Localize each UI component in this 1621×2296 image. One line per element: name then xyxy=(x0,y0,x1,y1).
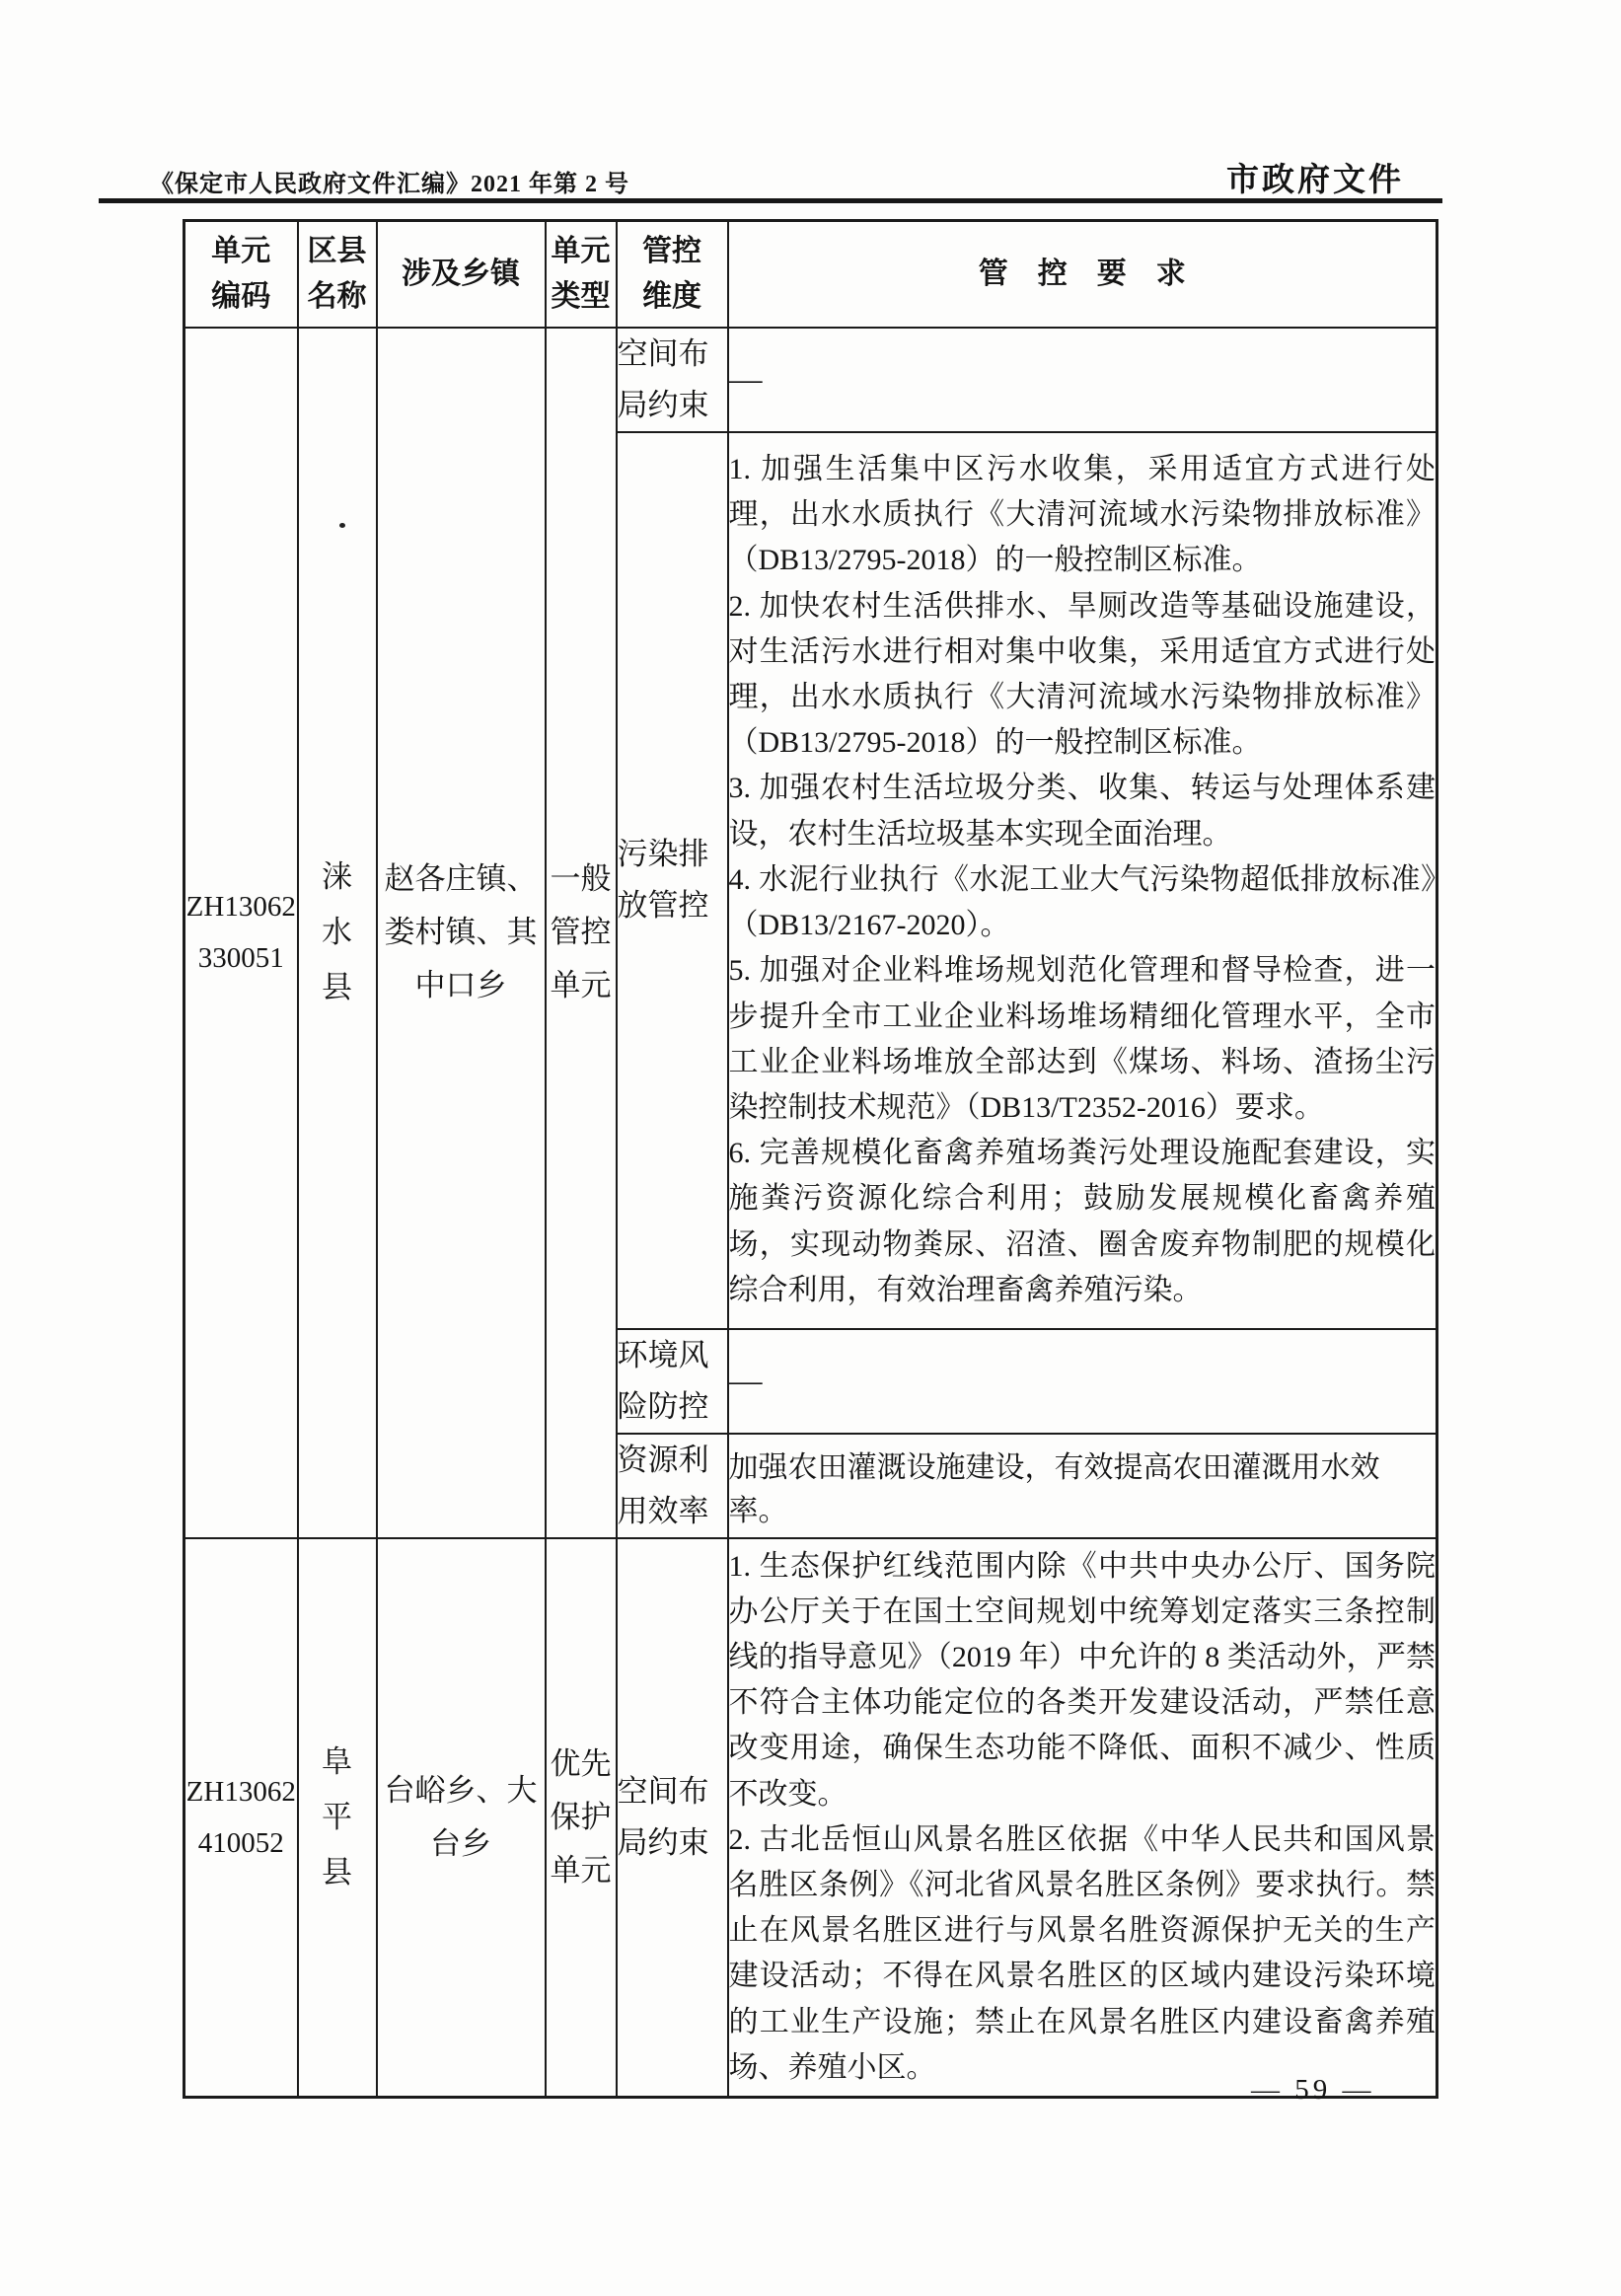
cell-townships: 赵各庄镇、 娄村镇、其 中口乡 xyxy=(377,328,546,1538)
cell-requirement-empty-dash: — xyxy=(728,1329,1437,1434)
column-header-dimension: 管控 维度 xyxy=(617,221,728,328)
cell-dimension-environmental-risk: 环境风 险防控 xyxy=(617,1329,728,1434)
column-header-county: 区县 名称 xyxy=(298,221,377,328)
cell-unit-code: ZH13062 410052 xyxy=(184,1538,298,2098)
table-header-row: 单元 编码 区县 名称 涉及乡镇 单元 类型 管控 维度 管 控 要 求 xyxy=(184,221,1437,328)
cell-dimension-resource-efficiency: 资源利 用效率 xyxy=(617,1434,728,1538)
cell-requirement-resource-efficiency: 加强农田灌溉设施建设，有效提高农田灌溉用水效率。 xyxy=(728,1434,1437,1538)
column-header-townships: 涉及乡镇 xyxy=(377,221,546,328)
page-number: — 59 — xyxy=(1251,2074,1375,2107)
header-divider-rule xyxy=(99,198,1442,203)
cell-county: 阜 平 县 xyxy=(298,1538,377,2098)
table-row: ZH13062 410052 阜 平 县 台峪乡、大 台乡 优先 保护 单元 空… xyxy=(184,1538,1437,2098)
cell-requirement-spatial-layout: 1. 生态保护红线范围内除《中共中央办公厅、国务院办公厅关于在国土空间规划中统筹… xyxy=(728,1538,1437,2098)
table-row: ZH13062 330051 涞 水 县 赵各庄镇、 娄村镇、其 中口乡 一般 … xyxy=(184,328,1437,432)
cell-requirement-pollution-discharge: 1. 加强生活集中区污水收集，采用适宜方式进行处理，出水水质执行《大清河流域水污… xyxy=(728,432,1437,1329)
cell-requirement-empty-dash: — xyxy=(728,328,1437,432)
column-header-unit-type: 单元 类型 xyxy=(546,221,617,328)
cell-unit-code: ZH13062 330051 xyxy=(184,328,298,1538)
cell-townships: 台峪乡、大 台乡 xyxy=(377,1538,546,2098)
column-header-unit-code: 单元 编码 xyxy=(184,221,298,328)
document-page: 《保定市人民政府文件汇编》2021 年第 2 号 市政府文件 单元 编码 区县 … xyxy=(0,0,1621,2296)
cell-dimension-spatial-layout: 空间布 局约束 xyxy=(617,1538,728,2098)
cell-county: 涞 水 县 xyxy=(298,328,377,1538)
header-publication-title: 《保定市人民政府文件汇编》2021 年第 2 号 xyxy=(150,164,629,198)
cell-dimension-spatial-layout: 空间布 局约束 xyxy=(617,328,728,432)
control-requirements-table: 单元 编码 区县 名称 涉及乡镇 单元 类型 管控 维度 管 控 要 求 ZH1… xyxy=(183,219,1438,2099)
cell-unit-type: 优先 保护 单元 xyxy=(546,1538,617,2098)
header-document-category: 市政府文件 xyxy=(1226,154,1404,200)
column-header-requirement: 管 控 要 求 xyxy=(728,221,1437,328)
cell-dimension-pollution-discharge: 污染排 放管控 xyxy=(617,432,728,1329)
cell-unit-type: 一般 管控 单元 xyxy=(546,328,617,1538)
